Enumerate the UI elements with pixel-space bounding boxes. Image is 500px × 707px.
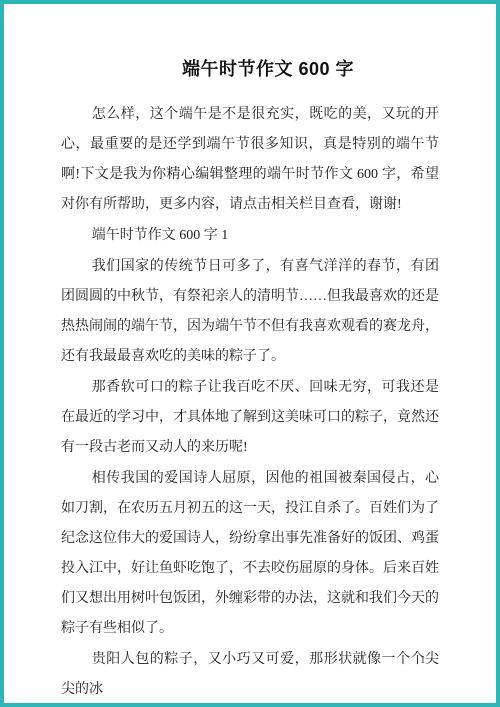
paragraph-intro: 怎么样，这个端午是不是很充实，既吃的美，又玩的开心，最重要的是还学到端午节很多知…	[61, 100, 439, 220]
paragraph-festivals: 我们国家的传统节日可多了，有喜气洋洋的春节，有团团圆圆的中秋节，有祭祀亲人的清明…	[61, 252, 439, 372]
document-body: 怎么样，这个端午是不是很充实，既吃的美，又玩的开心，最重要的是还学到端午节很多知…	[61, 81, 439, 705]
page-title: 端午时节作文 600 字	[4, 4, 496, 81]
paragraph-quyuan-legend: 相传我国的爱国诗人屈原，因他的祖国被秦国侵占，心如刀割，在农历五月初五的这一天，…	[61, 464, 439, 644]
paragraph-zongzi: 那香软可口的粽子让我百吃不厌、回味无穷，可我还是在最近的学习中，才具体地了解到这…	[61, 373, 439, 463]
document-page: 端午时节作文 600 字 怎么样，这个端午是不是很充实，既吃的美，又玩的开心，最…	[0, 0, 500, 707]
paragraph-guiyang-zongzi: 贵阳人包的粽子，又小巧又可爱，那形状就像一个个尖尖的冰	[61, 645, 439, 705]
page-number: 1	[420, 654, 426, 667]
paragraph-subtitle: 端午时节作文 600 字 1	[61, 221, 439, 251]
